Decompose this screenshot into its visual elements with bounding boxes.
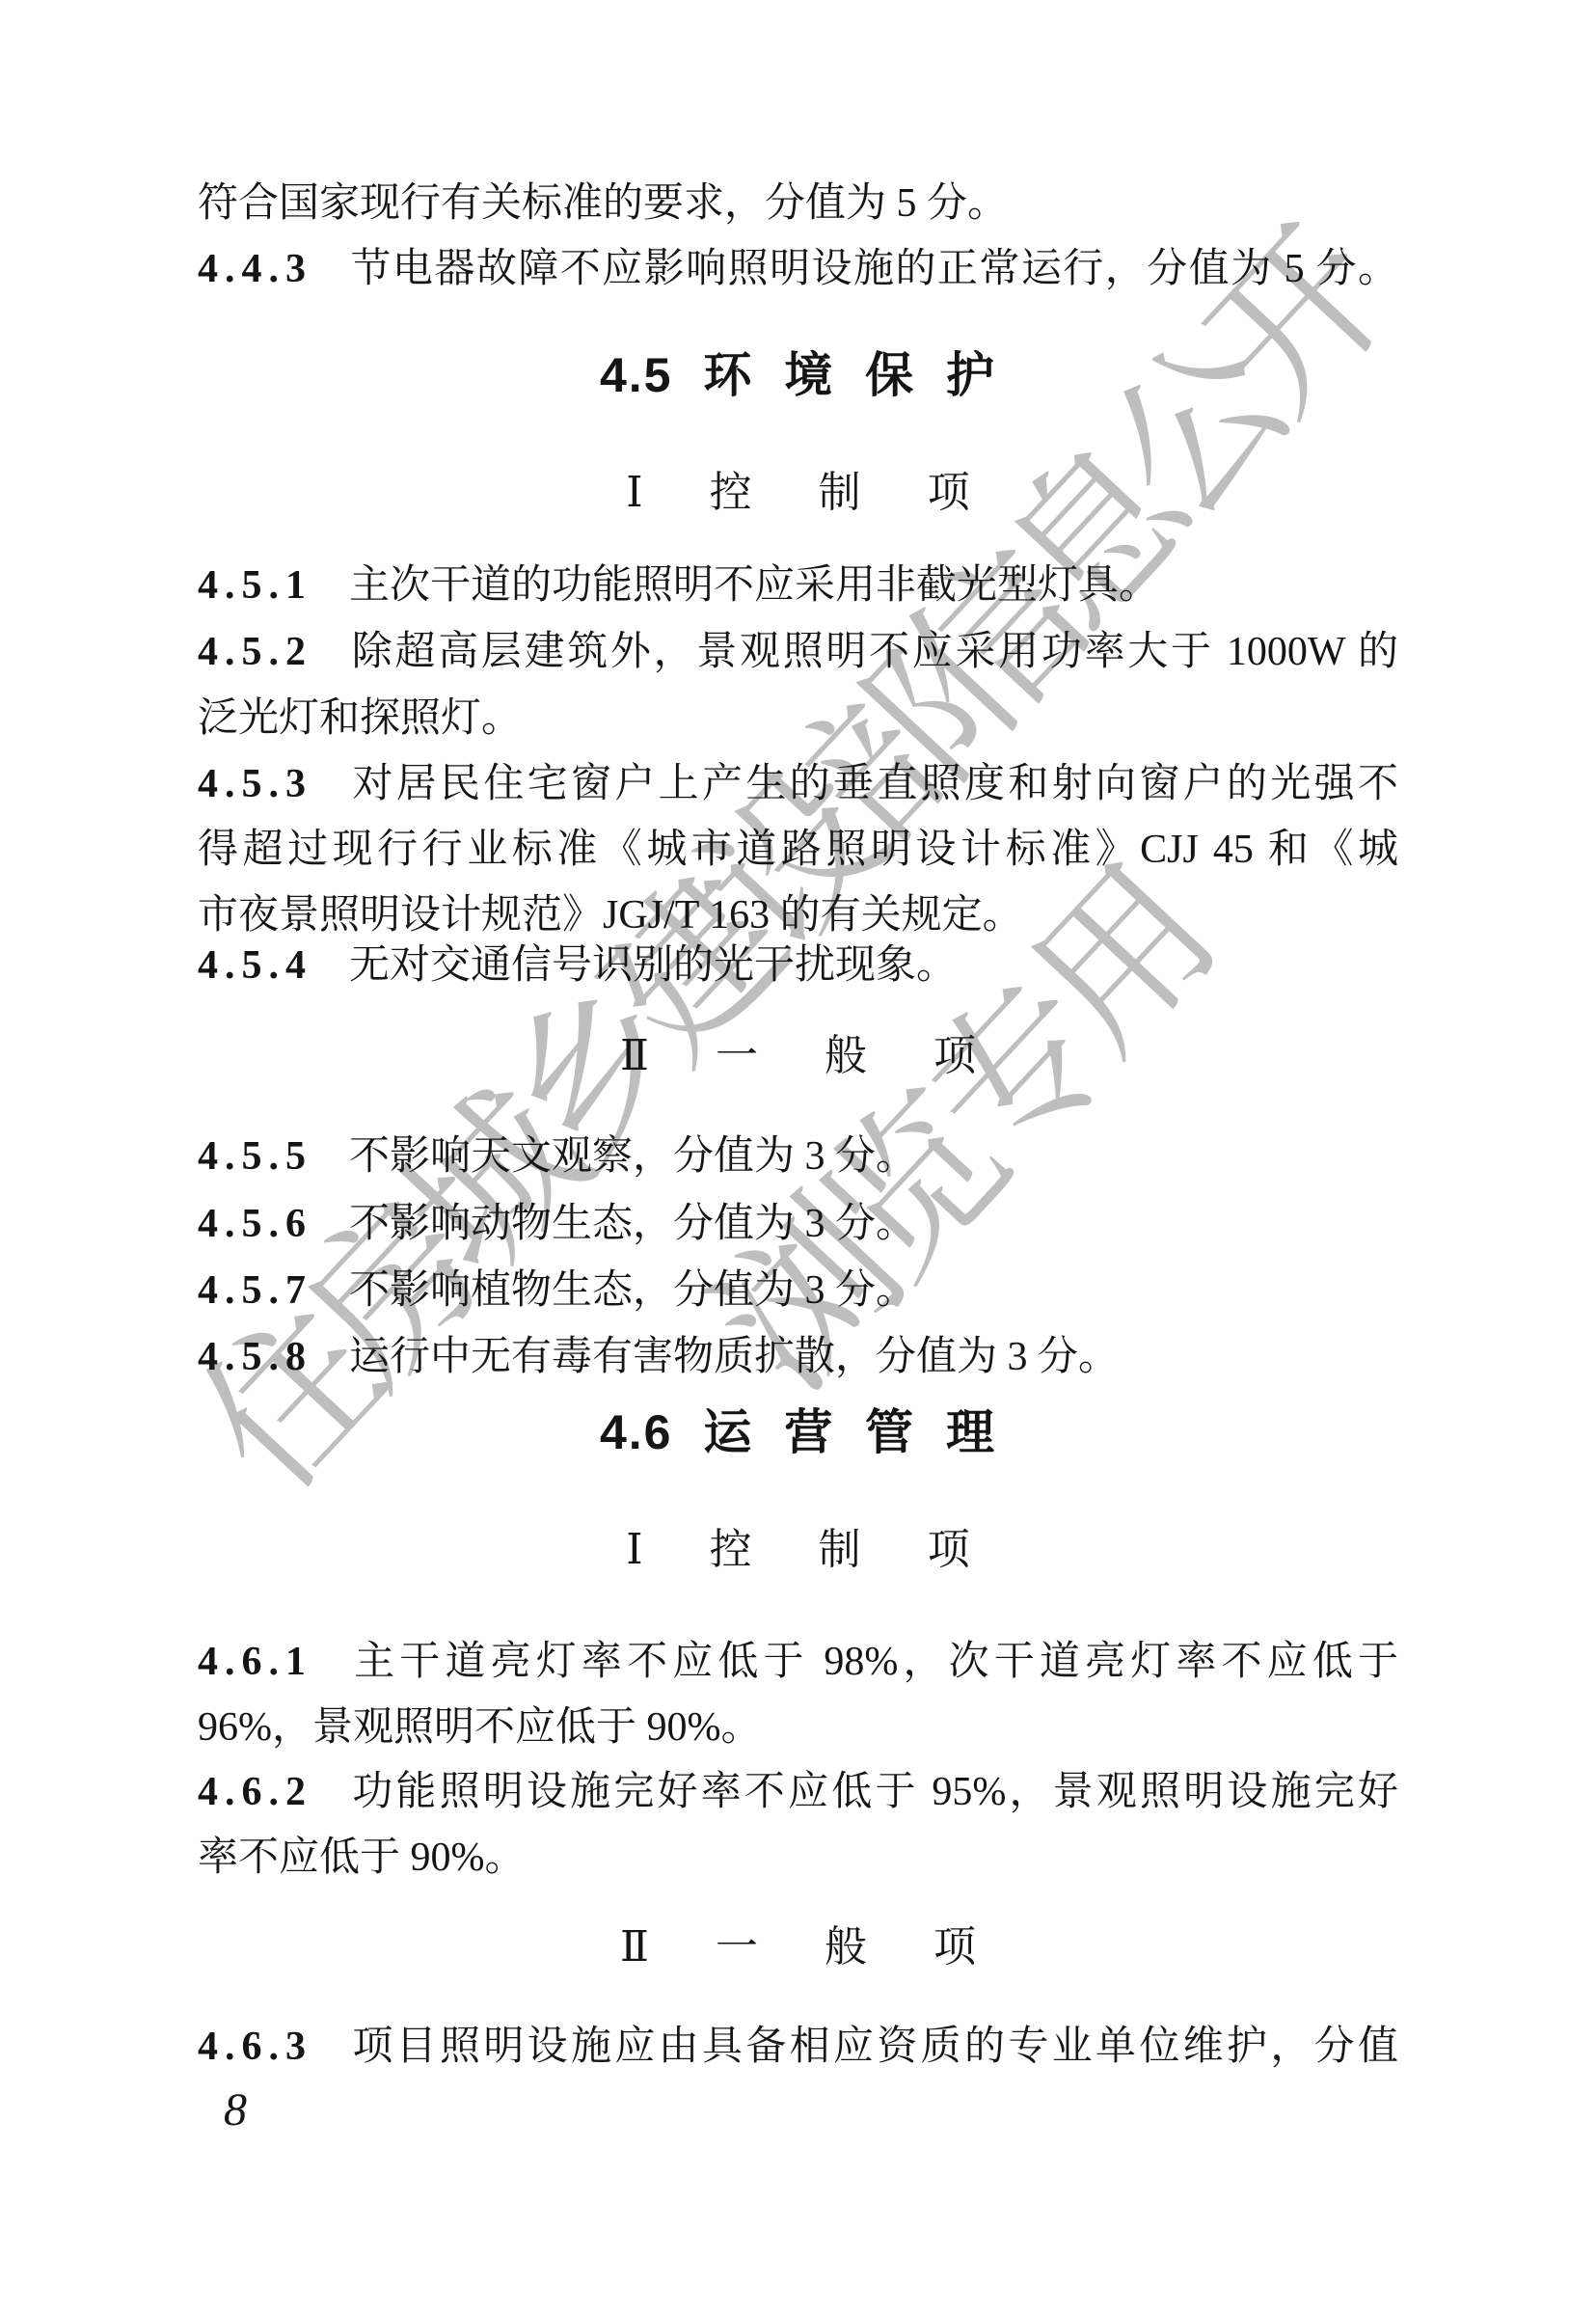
clause-number: 4.5.6 <box>198 1202 312 1246</box>
body-text: 主干道亮灯率不应低于 98%，次干道亮灯率不应低于 <box>349 1640 1398 1684</box>
document-page: 住房城乡建设部信息公开 浏览专用 符合国家现行有关标准的要求，分值为 5 分。 … <box>0 0 1596 2311</box>
clause-4-6-1: 4.6.1主干道亮灯率不应低于 98%，次干道亮灯率不应低于 <box>198 1634 1398 1690</box>
body-text: 96%，景观照明不应低于 90%。 <box>198 1705 761 1750</box>
section-heading-4-6: 4.6 运 营 管 理 <box>198 1402 1398 1462</box>
clause-4-6-3: 4.6.3项目照明设施应由具备相应资质的专业单位维护，分值 <box>198 2019 1398 2075</box>
body-text: 节电器故障不应影响照明设施的正常运行，分值为 5 分。 <box>349 247 1398 291</box>
document-content: 符合国家现行有关标准的要求，分值为 5 分。 4.4.3节电器故障不应影响照明设… <box>0 0 1596 2311</box>
body-text: 主次干道的功能照明不应采用非截光型灯具。 <box>349 563 1159 608</box>
clause-number: 4.6.3 <box>198 2025 312 2069</box>
clause-4-6-2-continuation: 率不应低于 90%。 <box>198 1830 1398 1886</box>
clause-4-5-3-continuation-1: 得超过现行行业标准《城市道路照明设计标准》CJJ 45 和《城 <box>198 822 1398 878</box>
clause-number: 4.5.2 <box>198 630 312 674</box>
body-text: 无对交通信号识别的光干扰现象。 <box>349 943 957 988</box>
clause-number: 4.5.3 <box>198 762 312 806</box>
clause-4-5-2: 4.5.2除超高层建筑外，景观照明不应采用功率大于 1000W 的 <box>198 624 1398 680</box>
clause-4-5-6: 4.5.6不影响动物生态，分值为 3 分。 <box>198 1196 1398 1252</box>
clause-number: 4.5.1 <box>198 563 312 608</box>
body-text: 符合国家现行有关标准的要求，分值为 5 分。 <box>198 181 1008 226</box>
body-text: 不影响植物生态，分值为 3 分。 <box>349 1268 916 1313</box>
body-text: 项目照明设施应由具备相应资质的专业单位维护，分值 <box>349 2025 1398 2069</box>
clause-4-5-3-continuation-2: 市夜景照明设计规范》JGJ/T 163 的有关规定。 <box>198 887 1398 943</box>
clause-number: 4.5.8 <box>198 1335 312 1379</box>
paragraph-continuation: 符合国家现行有关标准的要求，分值为 5 分。 <box>198 176 1398 231</box>
body-text: 不影响天文观察，分值为 3 分。 <box>349 1134 916 1179</box>
subheading-control-items-4-6: Ⅰ 控 制 项 <box>198 1522 1398 1578</box>
body-text: 运行中无有毒有害物质扩散，分值为 3 分。 <box>349 1335 1119 1379</box>
clause-4-5-3: 4.5.3对居民住宅窗户上产生的垂直照度和射向窗户的光强不 <box>198 756 1398 812</box>
body-text: 除超高层建筑外，景观照明不应采用功率大于 1000W 的 <box>349 630 1398 674</box>
body-text: 率不应低于 90%。 <box>198 1835 526 1880</box>
clause-4-5-8: 4.5.8运行中无有毒有害物质扩散，分值为 3 分。 <box>198 1329 1398 1385</box>
body-text: 泛光灯和探照灯。 <box>198 696 522 741</box>
body-text: 对居民住宅窗户上产生的垂直照度和射向窗户的光强不 <box>349 762 1398 806</box>
clause-number: 4.5.7 <box>198 1268 312 1313</box>
body-text: 市夜景照明设计规范》JGJ/T 163 的有关规定。 <box>198 893 1023 938</box>
subheading-general-items-4-5: Ⅱ 一 般 项 <box>198 1028 1398 1084</box>
page-number: 8 <box>224 2083 247 2137</box>
clause-4-5-4: 4.5.4无对交通信号识别的光干扰现象。 <box>198 938 1398 993</box>
clause-4-4-3: 4.4.3节电器故障不应影响照明设施的正常运行，分值为 5 分。 <box>198 241 1398 297</box>
body-text: 得超过现行行业标准《城市道路照明设计标准》CJJ 45 和《城 <box>198 828 1398 872</box>
clause-number: 4.6.2 <box>198 1770 312 1814</box>
clause-number: 4.5.4 <box>198 943 312 988</box>
clause-4-5-2-continuation: 泛光灯和探照灯。 <box>198 691 1398 747</box>
clause-number: 4.4.3 <box>198 247 312 291</box>
section-heading-4-5: 4.5 环 境 保 护 <box>198 345 1398 405</box>
clause-number: 4.5.5 <box>198 1134 312 1179</box>
clause-number: 4.6.1 <box>198 1640 312 1684</box>
clause-4-5-1: 4.5.1主次干道的功能照明不应采用非截光型灯具。 <box>198 557 1398 613</box>
body-text: 不影响动物生态，分值为 3 分。 <box>349 1202 916 1246</box>
clause-4-6-1-continuation: 96%，景观照明不应低于 90%。 <box>198 1699 1398 1755</box>
subheading-control-items-4-5: Ⅰ 控 制 项 <box>198 465 1398 521</box>
subheading-general-items-4-6: Ⅱ 一 般 项 <box>198 1919 1398 1975</box>
clause-4-6-2: 4.6.2功能照明设施完好率不应低于 95%，景观照明设施完好 <box>198 1764 1398 1820</box>
clause-4-5-7: 4.5.7不影响植物生态，分值为 3 分。 <box>198 1263 1398 1319</box>
clause-4-5-5: 4.5.5不影响天文观察，分值为 3 分。 <box>198 1128 1398 1184</box>
body-text: 功能照明设施完好率不应低于 95%，景观照明设施完好 <box>349 1770 1398 1814</box>
